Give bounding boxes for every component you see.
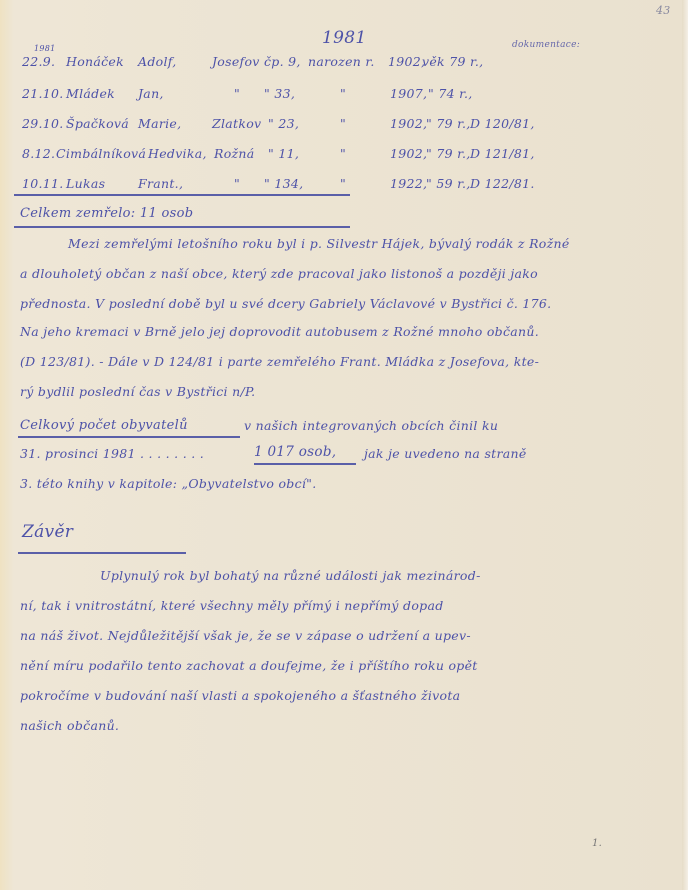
text-line: ní, tak i vnitrostátní, které všechny mě… bbox=[20, 598, 444, 613]
house-number: " 23, bbox=[268, 116, 299, 131]
born-label: " bbox=[340, 116, 346, 131]
born-label: " bbox=[340, 146, 346, 161]
text-line: rý bydlil poslední čas v Bystřici n/P. bbox=[20, 384, 255, 399]
surname: Mládek bbox=[66, 86, 115, 101]
first-name: Hedvika, bbox=[148, 146, 207, 161]
table-divider bbox=[14, 194, 350, 196]
date: 8.12. bbox=[22, 146, 55, 161]
total-deceased: Celkem zemřelo: 11 osob bbox=[20, 206, 193, 221]
text-line: Mezi zemřelými letošního roku byl i p. S… bbox=[68, 236, 570, 251]
text-line: přednosta. V poslední době byl u své dce… bbox=[20, 296, 551, 311]
birth-year: 1907, bbox=[390, 86, 427, 101]
age: " 79 r., bbox=[426, 146, 471, 161]
population-count-underline bbox=[254, 463, 356, 465]
population-date: 31. prosinci 1981 . . . . . . . . bbox=[20, 446, 204, 461]
population-line1: v našich integrovaných obcích činil ku bbox=[244, 418, 498, 433]
document-ref: D 122/81. bbox=[470, 176, 535, 191]
date: 21.10. bbox=[22, 86, 64, 101]
born-label: " bbox=[340, 176, 346, 191]
conclusion-heading: Závěr bbox=[22, 522, 73, 542]
footer-mark: 1. bbox=[592, 838, 602, 849]
house-number: " 33, bbox=[264, 86, 295, 101]
text-line: pokročíme v budování naší vlasti a spoko… bbox=[20, 688, 460, 703]
born-label: narozen r. bbox=[308, 54, 375, 69]
first-name: Adolf, bbox=[138, 54, 177, 69]
page-number: 43 bbox=[656, 4, 671, 17]
age: věk 79 r., bbox=[422, 54, 483, 69]
age: " 74 r., bbox=[428, 86, 473, 101]
place: " bbox=[234, 176, 240, 191]
place: Rožná bbox=[214, 146, 255, 161]
surname: Honáček bbox=[66, 54, 124, 69]
text-line: našich občanů. bbox=[20, 718, 119, 733]
documentation-note: dokumentace: bbox=[512, 40, 580, 50]
surname: Špačková bbox=[66, 116, 129, 131]
document-ref: D 121/81, bbox=[470, 146, 535, 161]
place: Josefov bbox=[212, 54, 260, 69]
birth-year: 1922, bbox=[390, 176, 427, 191]
population-label-underline bbox=[18, 436, 240, 438]
surname: Lukas bbox=[66, 176, 105, 191]
birth-year: 1902, bbox=[390, 146, 427, 161]
text-line: (D 123/81). - Dále v D 124/81 i parte ze… bbox=[20, 354, 539, 369]
born-label: " bbox=[340, 86, 346, 101]
text-line: Na jeho kremaci v Brně jelo jej doprovod… bbox=[20, 324, 539, 339]
house-number: " 11, bbox=[268, 146, 299, 161]
house-number: čp. 9, bbox=[264, 54, 301, 69]
total-underline bbox=[14, 226, 350, 228]
place: Zlatkov bbox=[212, 116, 261, 131]
population-line2: jak je uvedeno na straně bbox=[364, 446, 527, 461]
date: 10.11. bbox=[22, 176, 64, 191]
first-name: Marie, bbox=[138, 116, 181, 131]
age: " 79 r., bbox=[426, 116, 471, 131]
text-line: a dlouholetý občan z naší obce, který zd… bbox=[20, 266, 538, 281]
conclusion-underline bbox=[18, 552, 186, 554]
age: " 59 r., bbox=[426, 176, 471, 191]
text-line: nění míru podařilo tento zachovat a douf… bbox=[20, 658, 478, 673]
chronicle-page: 43 1981 dokumentace: 1981 22.9. Honáček … bbox=[0, 0, 688, 890]
text-line: Uplynulý rok byl bohatý na různé událost… bbox=[100, 568, 481, 583]
year-heading: 1981 bbox=[322, 28, 366, 48]
population-count: 1 017 osob, bbox=[254, 444, 336, 460]
text-line: na náš život. Nejdůležitější však je, že… bbox=[20, 628, 471, 643]
date: 22.9. bbox=[22, 54, 55, 69]
population-line3: 3. této knihy v kapitole: „Obyvatelstvo … bbox=[20, 476, 317, 491]
document-ref: D 120/81, bbox=[470, 116, 535, 131]
first-name: Frant., bbox=[138, 176, 183, 191]
birth-year: 1902, bbox=[388, 54, 425, 69]
year-mark: 1981 bbox=[34, 44, 56, 53]
house-number: " 134, bbox=[264, 176, 303, 191]
date: 29.10. bbox=[22, 116, 64, 131]
population-label: Celkový počet obyvatelů bbox=[20, 418, 188, 433]
place: " bbox=[234, 86, 240, 101]
birth-year: 1902, bbox=[390, 116, 427, 131]
surname: Cimbálníková bbox=[56, 146, 146, 161]
first-name: Jan, bbox=[138, 86, 164, 101]
